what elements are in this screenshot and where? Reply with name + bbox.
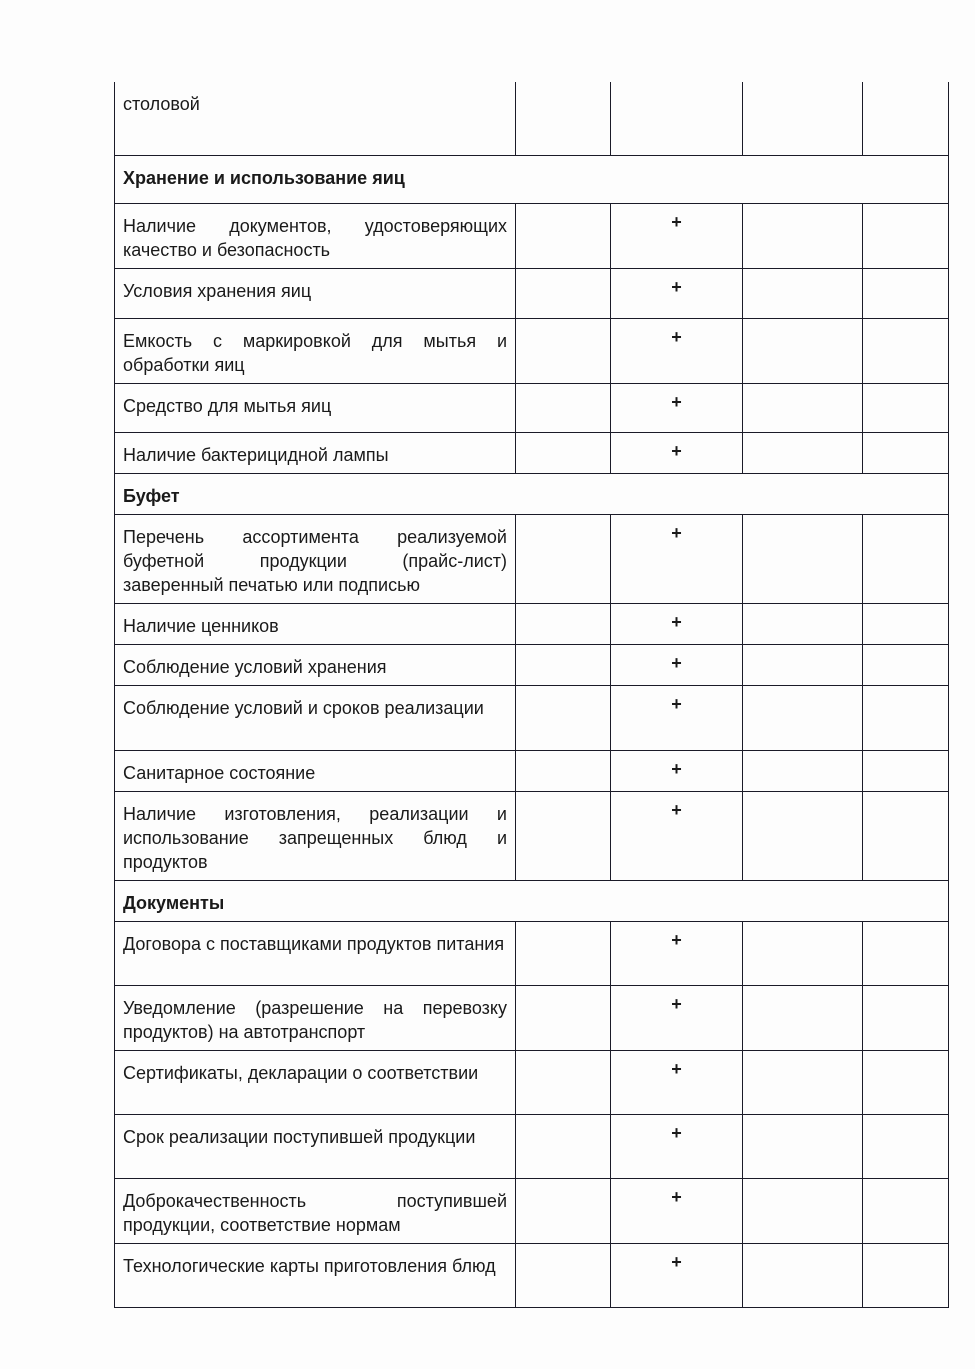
table-row: Емкость с маркировкой для мытья и обрабо… xyxy=(115,318,949,383)
mark-cell-col4 xyxy=(863,383,949,432)
section-header-row: Документы xyxy=(115,880,949,921)
plus-mark-icon: + xyxy=(671,1115,682,1145)
mark-cell-col1 xyxy=(516,603,611,644)
criterion-cell: столовой xyxy=(115,82,516,155)
criterion-cell: Перечень ассортимента реализуемой буфетн… xyxy=(115,514,516,603)
criterion-cell: Технологические карты приготовления блюд xyxy=(115,1243,516,1307)
plus-mark-icon: + xyxy=(671,1244,682,1274)
mark-cell-col1 xyxy=(516,685,611,750)
mark-cell-col4 xyxy=(863,791,949,880)
mark-cell-col1 xyxy=(516,432,611,473)
criterion-cell: Договора с поставщиками продуктов питани… xyxy=(115,921,516,985)
mark-cell-col4 xyxy=(863,603,949,644)
table-row: Наличие ценников+ xyxy=(115,603,949,644)
mark-cell-col4 xyxy=(863,82,949,155)
mark-cell-col3 xyxy=(743,921,863,985)
criterion-cell: Наличие документов, удостоверяющих качес… xyxy=(115,203,516,268)
mark-cell-col2: + xyxy=(611,791,743,880)
mark-cell-col4 xyxy=(863,1178,949,1243)
table-row: Уведомление (разрешение на перевозку про… xyxy=(115,985,949,1050)
mark-cell-col2: + xyxy=(611,603,743,644)
mark-cell-col1 xyxy=(516,318,611,383)
mark-cell-col3 xyxy=(743,1178,863,1243)
table-row: Доброкачественность поступившей продукци… xyxy=(115,1178,949,1243)
mark-cell-col4 xyxy=(863,985,949,1050)
plus-mark-icon: + xyxy=(671,604,682,634)
mark-cell-col3 xyxy=(743,268,863,318)
mark-cell-col3 xyxy=(743,985,863,1050)
mark-cell-col3 xyxy=(743,514,863,603)
mark-cell-col3 xyxy=(743,685,863,750)
table-row: Наличие изготовления, реализации и испол… xyxy=(115,791,949,880)
section-header-row: Хранение и использование яиц xyxy=(115,155,949,203)
mark-cell-col2: + xyxy=(611,1114,743,1178)
mark-cell-col4 xyxy=(863,432,949,473)
mark-cell-col1 xyxy=(516,1050,611,1114)
mark-cell-col2 xyxy=(611,82,743,155)
mark-cell-col4 xyxy=(863,318,949,383)
plus-mark-icon: + xyxy=(671,686,682,716)
mark-cell-col3 xyxy=(743,82,863,155)
plus-mark-icon: + xyxy=(671,922,682,952)
mark-cell-col4 xyxy=(863,203,949,268)
plus-mark-icon: + xyxy=(671,319,682,349)
plus-mark-icon: + xyxy=(671,384,682,414)
criterion-cell: Наличие ценников xyxy=(115,603,516,644)
mark-cell-col3 xyxy=(743,603,863,644)
table-row: Перечень ассортимента реализуемой буфетн… xyxy=(115,514,949,603)
mark-cell-col2: + xyxy=(611,318,743,383)
mark-cell-col2: + xyxy=(611,383,743,432)
mark-cell-col2: + xyxy=(611,750,743,791)
mark-cell-col2: + xyxy=(611,1050,743,1114)
table-row: Наличие документов, удостоверяющих качес… xyxy=(115,203,949,268)
criterion-cell: Сертификаты, декларации о соответствии xyxy=(115,1050,516,1114)
mark-cell-col1 xyxy=(516,82,611,155)
mark-cell-col3 xyxy=(743,644,863,685)
mark-cell-col2: + xyxy=(611,644,743,685)
mark-cell-col2: + xyxy=(611,268,743,318)
mark-cell-col4 xyxy=(863,685,949,750)
mark-cell-col3 xyxy=(743,318,863,383)
mark-cell-col2: + xyxy=(611,921,743,985)
plus-mark-icon: + xyxy=(671,515,682,545)
criterion-cell: Доброкачественность поступившей продукци… xyxy=(115,1178,516,1243)
table-row: Санитарное состояние+ xyxy=(115,750,949,791)
mark-cell-col3 xyxy=(743,1243,863,1307)
mark-cell-col3 xyxy=(743,1050,863,1114)
mark-cell-col3 xyxy=(743,750,863,791)
section-title: Хранение и использование яиц xyxy=(115,155,949,203)
document-page: столовойХранение и использование яицНали… xyxy=(0,0,975,1369)
mark-cell-col1 xyxy=(516,383,611,432)
criterion-cell: Срок реализации поступившей продукции xyxy=(115,1114,516,1178)
table-row: Срок реализации поступившей продукции+ xyxy=(115,1114,949,1178)
mark-cell-col4 xyxy=(863,644,949,685)
criterion-cell: Санитарное состояние xyxy=(115,750,516,791)
mark-cell-col3 xyxy=(743,432,863,473)
mark-cell-col1 xyxy=(516,921,611,985)
table-row: Соблюдение условий и сроков реализации+ xyxy=(115,685,949,750)
plus-mark-icon: + xyxy=(671,751,682,781)
mark-cell-col3 xyxy=(743,383,863,432)
plus-mark-icon: + xyxy=(671,1179,682,1209)
table-row: столовой xyxy=(115,82,949,155)
mark-cell-col2: + xyxy=(611,203,743,268)
criterion-cell: Соблюдение условий хранения xyxy=(115,644,516,685)
table-row: Соблюдение условий хранения+ xyxy=(115,644,949,685)
plus-mark-icon: + xyxy=(671,1051,682,1081)
plus-mark-icon: + xyxy=(671,986,682,1016)
mark-cell-col1 xyxy=(516,268,611,318)
mark-cell-col2: + xyxy=(611,432,743,473)
criterion-cell: Средство для мытья яиц xyxy=(115,383,516,432)
mark-cell-col3 xyxy=(743,1114,863,1178)
mark-cell-col1 xyxy=(516,1178,611,1243)
plus-mark-icon: + xyxy=(671,204,682,234)
mark-cell-col1 xyxy=(516,514,611,603)
plus-mark-icon: + xyxy=(671,433,682,463)
mark-cell-col1 xyxy=(516,1114,611,1178)
mark-cell-col2: + xyxy=(611,514,743,603)
plus-mark-icon: + xyxy=(671,645,682,675)
table-row: Договора с поставщиками продуктов питани… xyxy=(115,921,949,985)
mark-cell-col1 xyxy=(516,644,611,685)
mark-cell-col1 xyxy=(516,750,611,791)
table-row: Наличие бактерицидной лампы+ xyxy=(115,432,949,473)
mark-cell-col4 xyxy=(863,514,949,603)
mark-cell-col3 xyxy=(743,203,863,268)
mark-cell-col3 xyxy=(743,791,863,880)
mark-cell-col2: + xyxy=(611,985,743,1050)
mark-cell-col4 xyxy=(863,1243,949,1307)
plus-mark-icon: + xyxy=(671,792,682,822)
section-header-row: Буфет xyxy=(115,473,949,514)
mark-cell-col1 xyxy=(516,791,611,880)
mark-cell-col4 xyxy=(863,1114,949,1178)
section-title: Документы xyxy=(115,880,949,921)
table-row: Средство для мытья яиц+ xyxy=(115,383,949,432)
table-row: Технологические карты приготовления блюд… xyxy=(115,1243,949,1307)
inspection-checklist-table: столовойХранение и использование яицНали… xyxy=(114,82,949,1308)
mark-cell-col4 xyxy=(863,921,949,985)
mark-cell-col4 xyxy=(863,268,949,318)
mark-cell-col1 xyxy=(516,203,611,268)
mark-cell-col2: + xyxy=(611,1178,743,1243)
criterion-cell: Условия хранения яиц xyxy=(115,268,516,318)
table-row: Условия хранения яиц+ xyxy=(115,268,949,318)
criterion-cell: Уведомление (разрешение на перевозку про… xyxy=(115,985,516,1050)
mark-cell-col4 xyxy=(863,750,949,791)
mark-cell-col1 xyxy=(516,985,611,1050)
criterion-cell: Наличие бактерицидной лампы xyxy=(115,432,516,473)
mark-cell-col2: + xyxy=(611,685,743,750)
plus-mark-icon: + xyxy=(671,269,682,299)
criterion-cell: Емкость с маркировкой для мытья и обрабо… xyxy=(115,318,516,383)
table-row: Сертификаты, декларации о соответствии+ xyxy=(115,1050,949,1114)
section-title: Буфет xyxy=(115,473,949,514)
criterion-cell: Наличие изготовления, реализации и испол… xyxy=(115,791,516,880)
mark-cell-col2: + xyxy=(611,1243,743,1307)
criterion-cell: Соблюдение условий и сроков реализации xyxy=(115,685,516,750)
mark-cell-col4 xyxy=(863,1050,949,1114)
mark-cell-col1 xyxy=(516,1243,611,1307)
